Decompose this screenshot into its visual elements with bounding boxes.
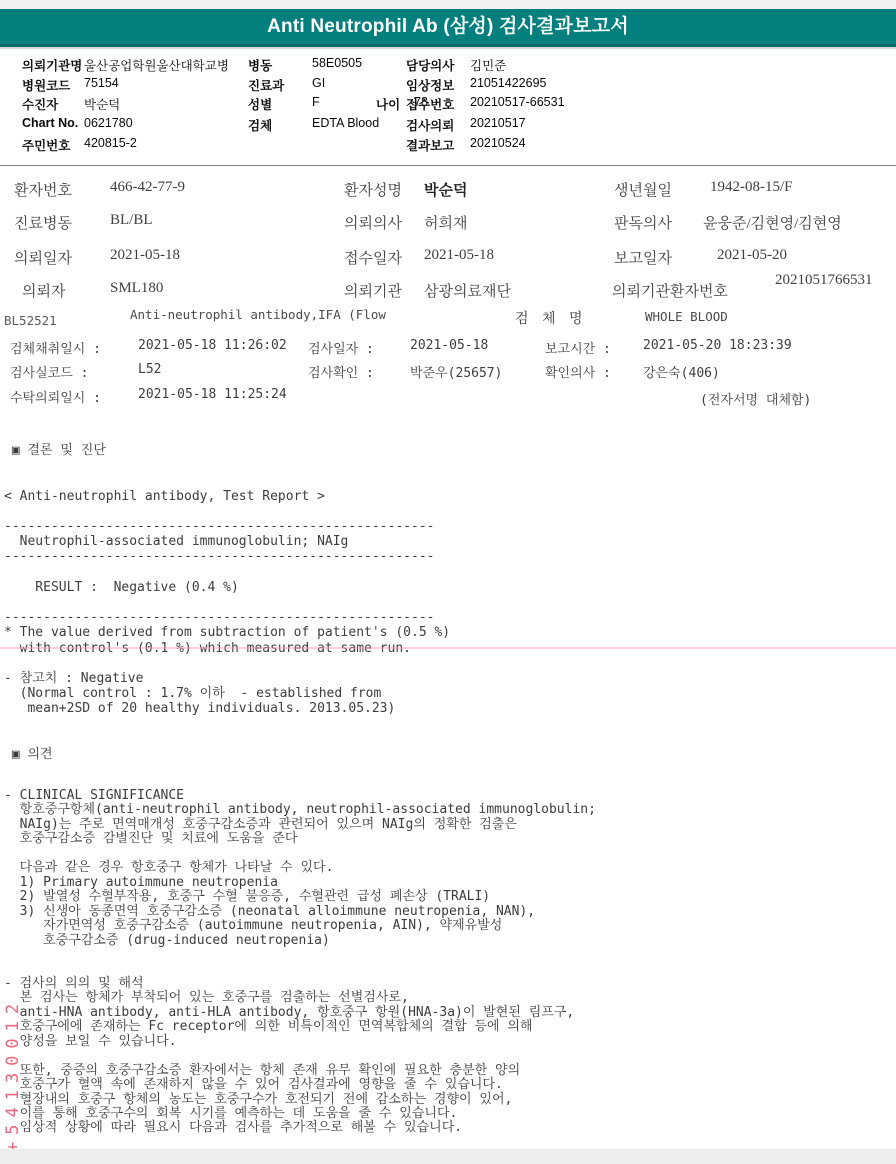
field-label: 주민번호 [22, 136, 70, 154]
field-value: 2021-05-18 [110, 247, 180, 264]
title-bar: Anti Neutrophil Ab (삼성) 검사결과보고서 [0, 9, 896, 47]
field-label: 검사확인 : [308, 362, 374, 381]
field-label: 진료과 [248, 76, 284, 94]
field-label: 환자성명 [344, 179, 402, 200]
field-value: 0621780 [84, 116, 133, 130]
report-page: Anti Neutrophil Ab (삼성) 검사결과보고서 의뢰기관명 울산… [0, 0, 896, 1164]
field-label: 검체 [248, 116, 272, 134]
field-label: 검사의뢰 [406, 116, 454, 134]
field-value: L52 [138, 362, 161, 377]
field-value: 20210517-66531 [470, 95, 565, 109]
page-title: Anti Neutrophil Ab (삼성) 검사결과보고서 [0, 9, 896, 44]
top-margin-strip [0, 0, 896, 9]
esign-note: (전자서명 대체함) [700, 389, 811, 408]
field-value: 2021-05-20 [717, 247, 787, 264]
field-value: 75154 [84, 76, 119, 90]
field-label: 담당의사 [406, 56, 454, 74]
field-value: 21051422695 [470, 76, 546, 90]
field-value: SML180 [110, 280, 163, 297]
field-label: 병동 [248, 56, 272, 74]
field-label: 결과보고 [406, 136, 454, 154]
field-label: 접수번호 [406, 95, 454, 113]
field-label: 검사일자 : [308, 338, 374, 357]
field-value: 2021-05-20 18:23:39 [643, 338, 792, 353]
specimen-type: WHOLE BLOOD [645, 309, 728, 324]
field-label: 성별 [248, 95, 272, 113]
field-label: 진료병동 [14, 212, 72, 233]
stamp-number: +54130012 [3, 997, 23, 1152]
field-value: 박준우(25657) [410, 362, 502, 381]
field-value: 1942-08-15/F [710, 179, 793, 196]
field-value: 허희재 [424, 212, 467, 233]
field-label: 생년월일 [614, 179, 672, 200]
field-label: 병원코드 [22, 76, 70, 94]
field-label: 검사실코드 : [10, 362, 88, 381]
field-label: 의뢰자 [22, 280, 65, 301]
field-value: 2021-05-18 [410, 338, 488, 353]
field-value: 20210524 [470, 136, 526, 150]
admin-row: 의뢰기관명 울산공업학원울산대학교병 병동 58E0505 담당의사 김민준 [0, 56, 896, 74]
test-code: BL52521 [4, 313, 57, 328]
field-value: 박순덕 [84, 95, 120, 113]
field-value: F [312, 95, 320, 109]
field-label: 검체채취일시 : [10, 338, 101, 357]
field-value: GI [312, 76, 325, 90]
field-label: 보고일자 [614, 247, 672, 268]
field-value: 2021-05-18 11:26:02 [138, 338, 287, 353]
field-label: 의뢰기관 [344, 280, 402, 301]
bottom-margin-strip [0, 1149, 896, 1164]
scan-artifact-line [0, 647, 896, 649]
field-value: 박순덕 [424, 179, 467, 200]
admin-row: 병원코드 75154 진료과 GI 임상정보 21051422695 [0, 76, 896, 94]
field-value: 강은숙(406) [643, 362, 720, 381]
field-label: 의뢰기관환자번호 [612, 280, 728, 301]
field-label: 확인의사 : [545, 362, 611, 381]
field-label: 의뢰의사 [344, 212, 402, 233]
field-value: 2021-05-18 11:25:24 [138, 387, 287, 402]
divider-line [0, 165, 896, 166]
field-label: Chart No. [22, 116, 78, 130]
conclusion-text: ▣ 결론 및 진단 < Anti-neutrophil antibody, Te… [4, 443, 450, 762]
field-label: 나이 [376, 95, 400, 113]
field-label: 임상정보 [406, 76, 454, 94]
field-value: 윤웅준/김현영/김현영 [703, 212, 842, 233]
field-label: 환자번호 [14, 179, 72, 200]
admin-row: 수진자 박순덕 성별 F 나이 78 접수번호 20210517-66531 [0, 95, 896, 113]
field-label: 보고시간 : [545, 338, 611, 357]
field-value: EDTA Blood [312, 116, 379, 130]
field-label: 수탁의뢰일시 : [10, 387, 101, 406]
field-label: 접수일자 [344, 247, 402, 268]
field-value: 삼광의료재단 [424, 280, 511, 301]
admin-row: 주민번호 420815-2 결과보고 20210524 [0, 136, 896, 154]
field-value: 2021051766531 [775, 272, 893, 289]
field-value: 2021-05-18 [424, 247, 494, 264]
field-value: 울산공업학원울산대학교병 [84, 56, 229, 74]
field-value: 466-42-77-9 [110, 179, 185, 196]
field-value: 420815-2 [84, 136, 137, 150]
admin-row: Chart No. 0621780 검체 EDTA Blood 검사의뢰 202… [0, 116, 896, 134]
field-value: BL/BL [110, 212, 153, 229]
field-value: 20210517 [470, 116, 526, 130]
field-label: 검 체 명 [515, 308, 588, 328]
field-value: 김민준 [470, 56, 506, 74]
opinion-text: - CLINICAL SIGNIFICANCE 항호중구항체(anti-neut… [4, 789, 596, 1136]
field-value: 58E0505 [312, 56, 362, 70]
field-label: 의뢰기관명 [22, 56, 82, 74]
test-name: Anti-neutrophil antibody,IFA (Flow [130, 307, 386, 322]
field-label: 판독의사 [614, 212, 672, 233]
field-label: 의뢰일자 [14, 247, 72, 268]
field-label: 수진자 [22, 95, 58, 113]
